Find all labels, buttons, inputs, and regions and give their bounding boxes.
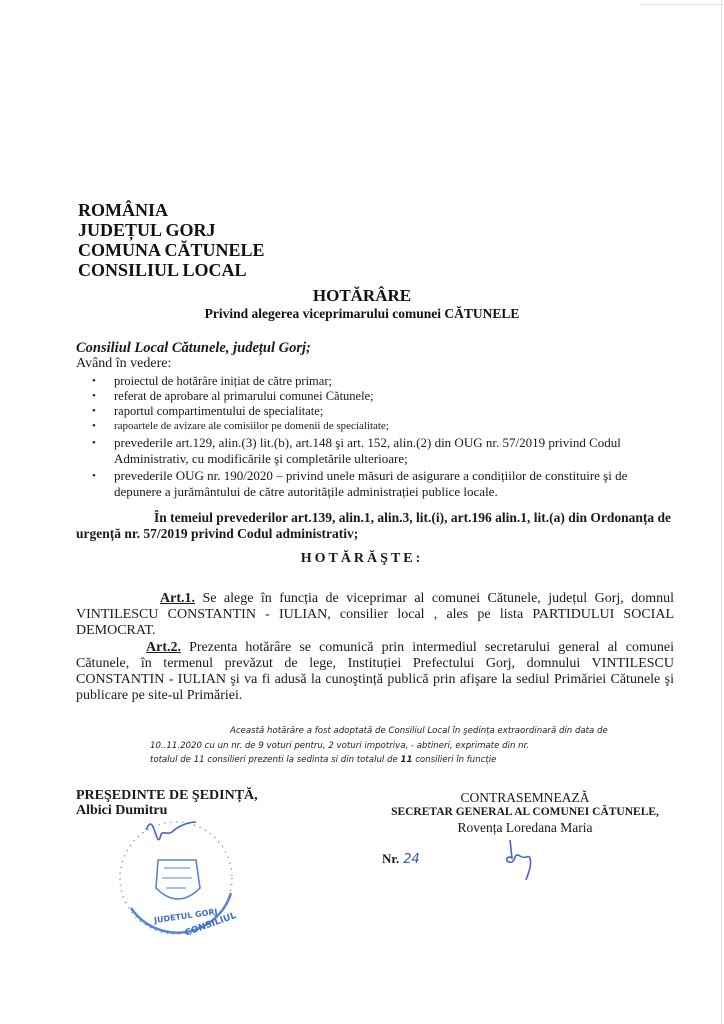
header-country: ROMÂNIA — [78, 200, 265, 220]
article-1: Art.1. Se alege în funcția de viceprimar… — [76, 591, 674, 639]
list-item: referat de aprobare al primarului comune… — [92, 389, 672, 404]
president-title: PREŞEDINTE DE ŞEDINȚĂ, — [76, 788, 258, 803]
list-item: raportul compartimentului de specialitat… — [92, 404, 672, 419]
header-county: JUDEȚUL GORJ — [78, 220, 265, 240]
note-line-2: 10..11.2020 cu un nr. de 9 voturi pentru… — [150, 739, 660, 754]
council-name: Consiliul Local Cătunele, județul Gorj; — [76, 340, 311, 357]
list-item: proiectul de hotărâre inițiat de către p… — [92, 374, 672, 389]
list-item: prevederile art.129, alin.(3) lit.(b), a… — [92, 435, 672, 467]
note-line-1: Această hotărâre a fost adoptată de Cons… — [230, 726, 608, 736]
number-label: Nr. — [382, 851, 399, 866]
considerations-list: proiectul de hotărâre inițiat de către p… — [92, 374, 672, 500]
article-1-label: Art.1. — [160, 591, 195, 606]
institution-header: ROMÂNIA JUDEȚUL GORJ COMUNA CĂTUNELE CON… — [78, 200, 265, 280]
number-value: 24 — [403, 852, 420, 867]
countersign-block: CONTRASEMNEAZĂ SECRETAR GENERAL AL COMUN… — [390, 790, 660, 835]
president-signature-icon — [146, 822, 196, 840]
adoption-note: Această hotărâre a fost adoptată de Cons… — [150, 724, 660, 768]
article-2: Art.2. Prezenta hotărâre se comunică pri… — [76, 640, 674, 704]
document-subtitle: Privind alegerea viceprimarului comunei … — [0, 306, 724, 322]
countersign-name: Rovența Loredana Maria — [390, 820, 660, 835]
legal-basis: În temeiul prevederilor art.139, alin.1,… — [76, 510, 676, 542]
decision-number: Nr.24 — [382, 851, 420, 867]
scan-edge-top — [640, 4, 724, 5]
document-title: HOTĂRÂRE — [0, 286, 724, 306]
list-item: prevederile OUG nr. 190/2020 – privind u… — [92, 468, 672, 500]
scan-edge-right — [721, 0, 722, 1024]
stamp-icon: JUDETUL GORJ CONSILIUL — [96, 808, 246, 938]
list-item: rapoartele de avizare ale comisiilor pe … — [92, 419, 672, 434]
legal-basis-text: În temeiul prevederilor art.139, alin.1,… — [76, 510, 671, 541]
countersign-label: CONTRASEMNEAZĂ — [390, 790, 660, 805]
article-2-label: Art.2. — [146, 640, 181, 655]
decides-heading: HOTĂRĂŞTE: — [0, 551, 724, 567]
considering-label: Având în vedere: — [76, 356, 171, 372]
secretary-signature-icon — [500, 838, 540, 882]
header-commune: COMUNA CĂTUNELE — [78, 240, 265, 260]
header-council: CONSILIUL LOCAL — [78, 260, 265, 280]
countersign-role: SECRETAR GENERAL AL COMUNEI CĂTUNELE, — [390, 805, 660, 820]
note-line-3: totalul de 11 consilieri prezenti la sed… — [150, 753, 660, 768]
